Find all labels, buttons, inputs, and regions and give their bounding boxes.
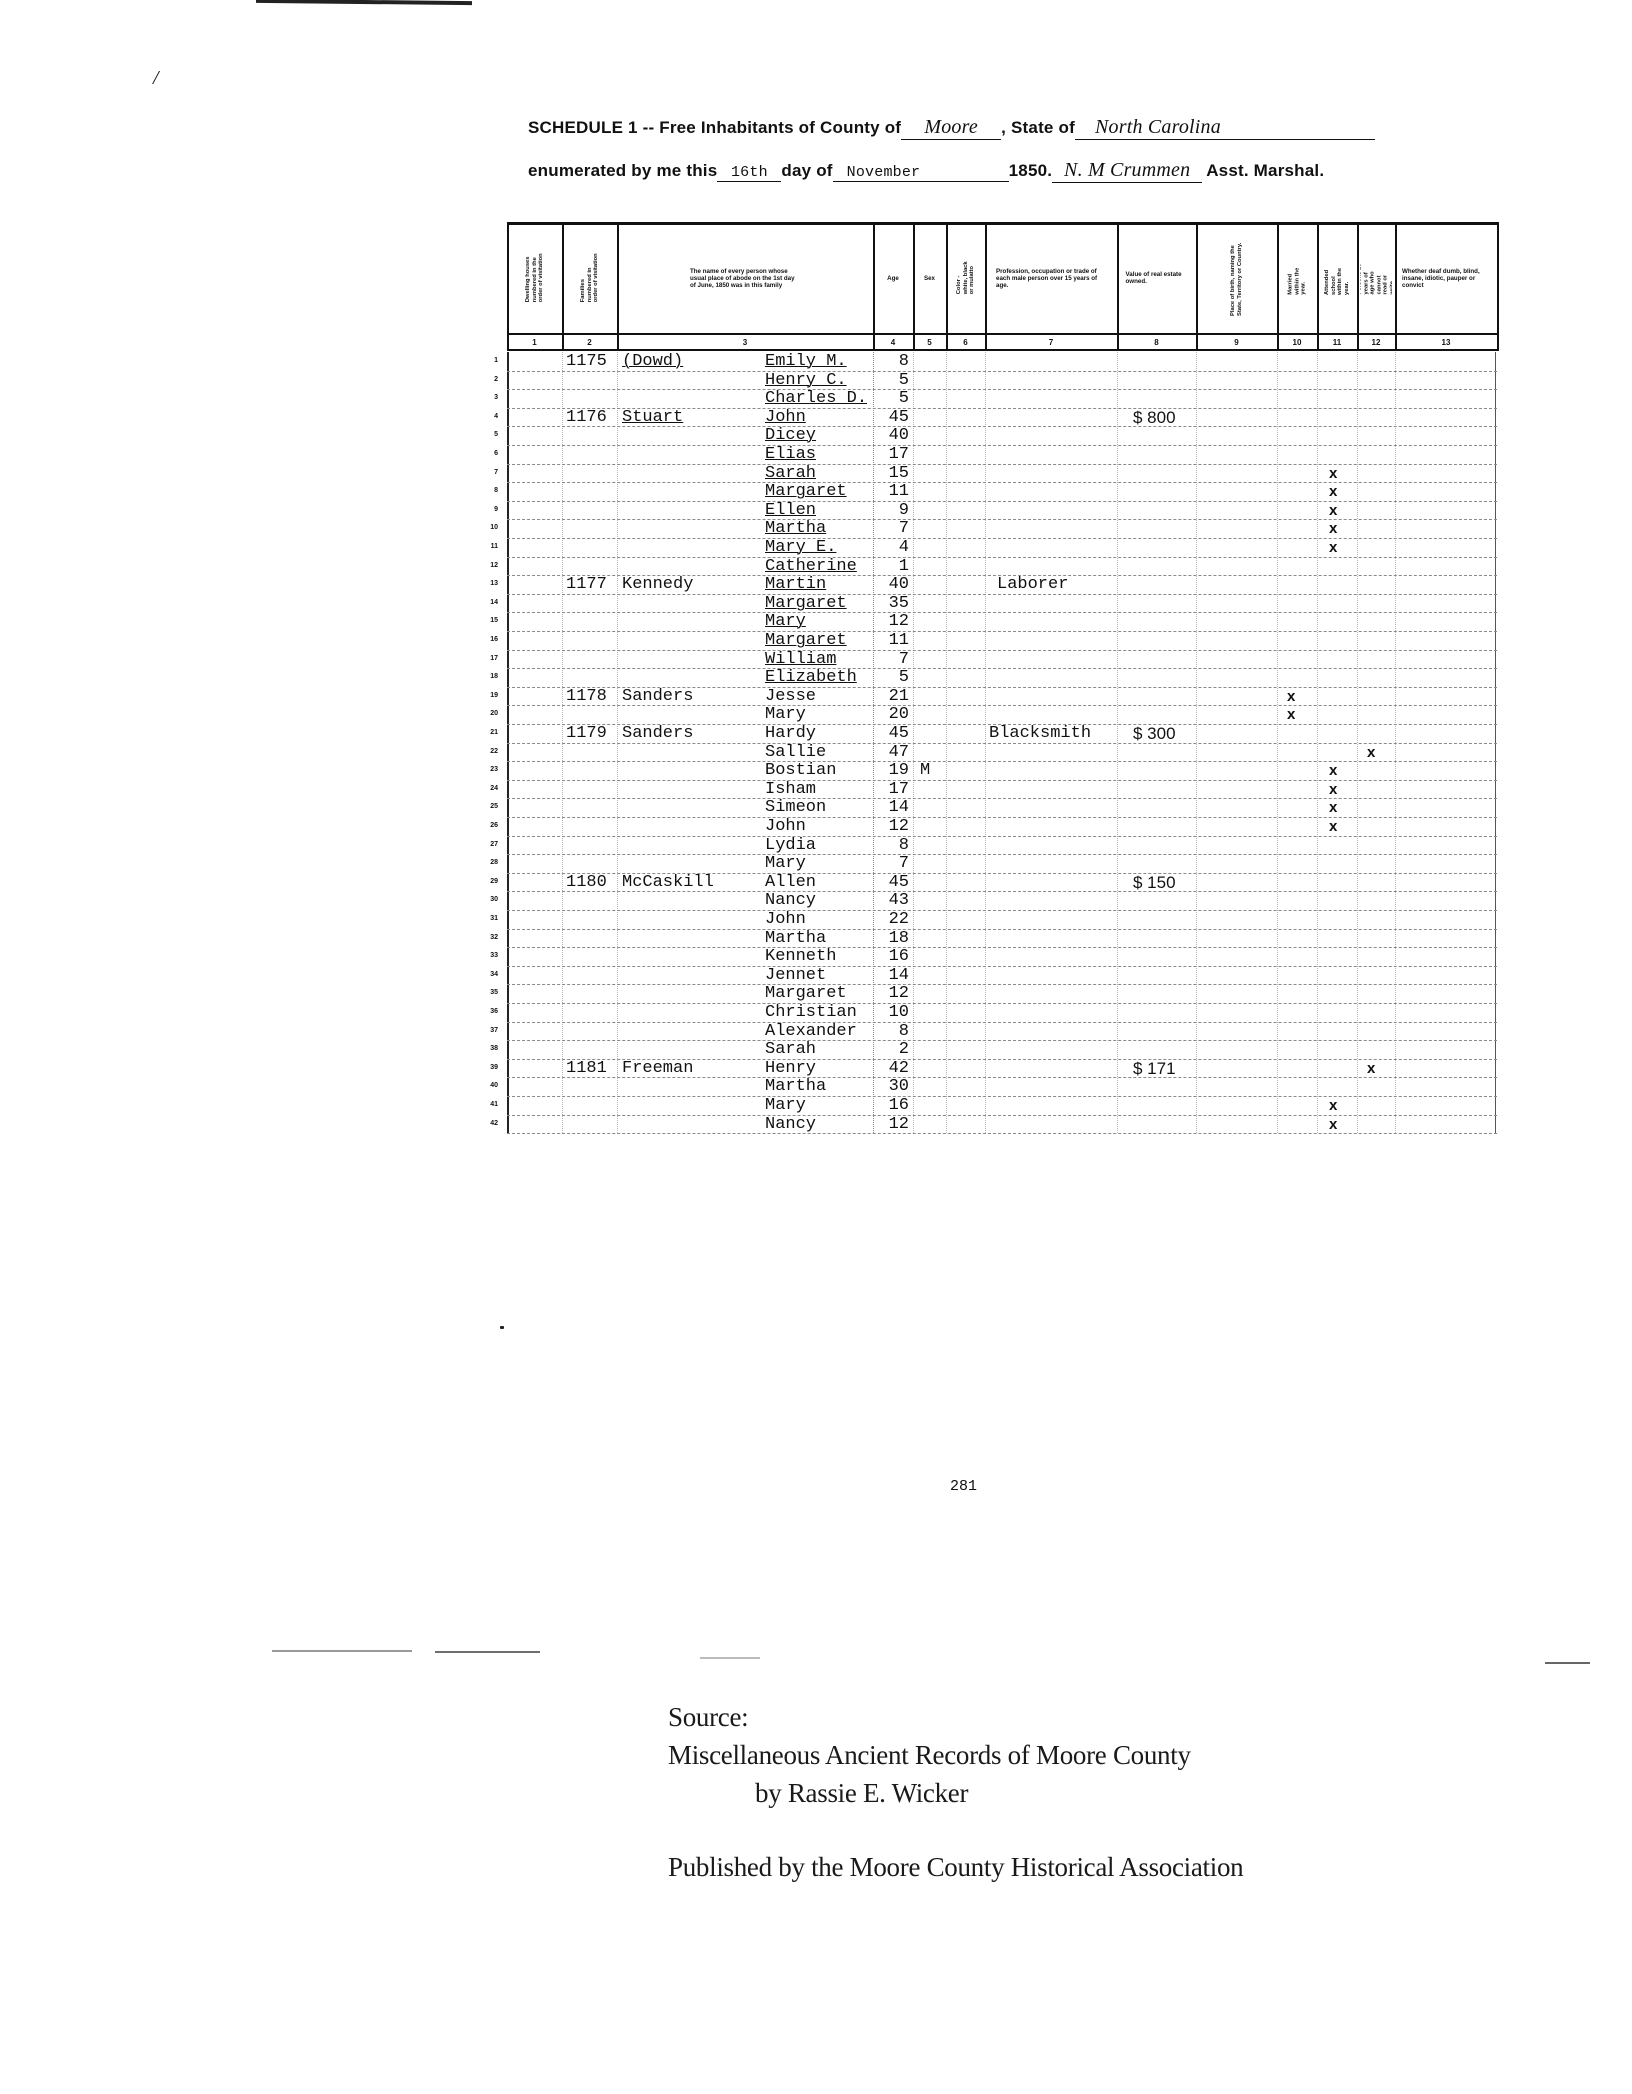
source-author: by Rassie E. Wicker (755, 1778, 968, 1809)
school-mark: x (1329, 483, 1337, 501)
family-number: 1176 (566, 409, 607, 427)
illiterate-mark: x (1367, 1060, 1375, 1078)
age: 43 (873, 892, 909, 910)
age: 1 (873, 558, 909, 576)
row-number: 22 (480, 748, 498, 755)
given-name: Sarah (765, 1041, 816, 1059)
row-rule (507, 984, 1497, 985)
school-mark: x (1329, 1097, 1337, 1115)
age: 8 (873, 837, 909, 855)
given-name: John (765, 911, 806, 929)
column-header-label: Age (887, 275, 899, 282)
row-number: 32 (480, 934, 498, 941)
age: 40 (873, 427, 909, 445)
county-field: Moore (901, 116, 1001, 140)
row-rule (507, 761, 1497, 762)
married-mark: x (1287, 706, 1295, 724)
age: 45 (873, 874, 909, 892)
row-rule (507, 631, 1497, 632)
given-name: Isham (765, 781, 816, 799)
row-number: 14 (480, 599, 498, 606)
row-rule (507, 1040, 1497, 1041)
row-number: 8 (480, 487, 498, 494)
given-name: John (765, 818, 806, 836)
row-rule (507, 966, 1497, 967)
given-name: Sarah (765, 465, 816, 483)
row-number: 26 (480, 822, 498, 829)
family-surname: McCaskill (622, 874, 714, 892)
age: 5 (873, 669, 909, 687)
age: 22 (873, 911, 909, 929)
row-rule (507, 650, 1497, 651)
column-divider (913, 222, 915, 351)
school-mark: x (1329, 799, 1337, 817)
source-publisher: Published by the Moore County Historical… (668, 1852, 1243, 1883)
given-name: Kenneth (765, 948, 836, 966)
age: 12 (873, 818, 909, 836)
column-divider (562, 222, 564, 351)
row-number: 3 (480, 394, 498, 401)
given-name: Margaret (765, 632, 847, 650)
given-name: Margaret (765, 595, 847, 613)
row-rule (507, 1115, 1497, 1116)
row-number: 42 (480, 1120, 498, 1127)
family-surname: Stuart (622, 409, 683, 427)
school-mark: x (1329, 502, 1337, 520)
age: 42 (873, 1060, 909, 1078)
family-surname: Kennedy (622, 576, 693, 594)
age: 10 (873, 1004, 909, 1022)
column-header-label: Families numbered in order of visitation (580, 254, 600, 303)
column-header-label: The name of every person whose usual pla… (690, 268, 800, 289)
given-name: Mary (765, 706, 806, 724)
occupation: Blacksmith (989, 725, 1091, 743)
column-header-13: Whether deaf dumb, blind, insane, idioti… (1398, 228, 1494, 328)
row-number: 13 (480, 580, 498, 587)
school-mark: x (1329, 762, 1337, 780)
column-number: 5 (913, 335, 946, 350)
given-name: Mary (765, 613, 806, 631)
row-number: 4 (480, 413, 498, 420)
school-mark: x (1329, 1116, 1337, 1134)
age: 16 (873, 1097, 909, 1115)
age: 11 (873, 483, 909, 501)
school-mark: x (1329, 465, 1337, 483)
given-name: Mary (765, 1097, 806, 1115)
given-name: Simeon (765, 799, 826, 817)
margin-mark: / (153, 67, 159, 90)
given-name: Jesse (765, 688, 816, 706)
row-rule (507, 501, 1497, 502)
family-number: 1179 (566, 725, 607, 743)
given-name: Sallie (765, 744, 826, 762)
row-number: 29 (480, 878, 498, 885)
row-number: 41 (480, 1101, 498, 1108)
given-name: William (765, 651, 836, 669)
column-header-2: Families numbered in order of visitation (565, 228, 614, 328)
age: 45 (873, 409, 909, 427)
age: 30 (873, 1078, 909, 1096)
row-number: 27 (480, 841, 498, 848)
scan-artifact-line (435, 1651, 540, 1653)
column-header-label: Dwelling houses numbered in the order of… (525, 254, 545, 303)
age: 12 (873, 985, 909, 1003)
age: 4 (873, 539, 909, 557)
age: 8 (873, 353, 909, 371)
age: 18 (873, 930, 909, 948)
column-number: 4 (873, 335, 913, 350)
family-number: 1177 (566, 576, 607, 594)
row-number: 28 (480, 859, 498, 866)
sex: M (920, 762, 930, 780)
given-name: Margaret (765, 483, 847, 501)
column-header-label: Whether deaf dumb, blind, insane, idioti… (1402, 268, 1490, 289)
column-number: 11 (1317, 335, 1357, 350)
row-rule (507, 464, 1497, 465)
column-header-1: Dwelling houses numbered in the order of… (510, 228, 559, 328)
row-rule (507, 557, 1497, 558)
age: 11 (873, 632, 909, 650)
given-name: Jennet (765, 967, 826, 985)
column-number: 2 (562, 335, 617, 350)
column-header-label: Attended school within the year. (1324, 261, 1350, 295)
row-rule (507, 1003, 1497, 1004)
row-number: 39 (480, 1064, 498, 1071)
family-number: 1180 (566, 874, 607, 892)
column-divider (617, 222, 619, 351)
given-name: Nancy (765, 1116, 816, 1134)
age: 7 (873, 520, 909, 538)
column-divider (873, 222, 875, 351)
schedule-header-line1: SCHEDULE 1 -- Free Inhabitants of County… (528, 116, 1375, 140)
row-number: 7 (480, 469, 498, 476)
column-divider (1357, 222, 1359, 351)
row-number: 24 (480, 785, 498, 792)
given-name: Charles D. (765, 390, 867, 408)
column-header-9: Place of birth, naming the State, Territ… (1199, 228, 1274, 328)
occupation: Laborer (997, 576, 1068, 594)
school-mark: x (1329, 818, 1337, 836)
column-number: 8 (1117, 335, 1196, 350)
row-number: 20 (480, 710, 498, 717)
given-name: Alexander (765, 1023, 857, 1041)
given-name: Hardy (765, 725, 816, 743)
real-estate-value: $ 150 (1133, 874, 1176, 892)
scan-artifact-line (272, 1650, 412, 1652)
schedule-title: SCHEDULE 1 -- Free Inhabitants of County… (528, 118, 901, 137)
given-name: Catherine (765, 558, 857, 576)
row-number: 6 (480, 450, 498, 457)
marshal-suffix: Asst. Marshal. (1206, 161, 1324, 180)
given-name: Elias (765, 446, 816, 464)
row-number: 40 (480, 1082, 498, 1089)
column-header-5: Sex (916, 228, 943, 328)
row-rule (507, 910, 1497, 911)
column-header-3: The name of every person whose usual pla… (620, 228, 870, 328)
scan-artifact-dot (500, 1326, 504, 1329)
scan-artifact-line (1545, 1662, 1590, 1664)
row-rule (507, 1133, 1497, 1134)
source-title: Miscellaneous Ancient Records of Moore C… (668, 1740, 1191, 1771)
given-name: Margaret (765, 985, 847, 1003)
age: 47 (873, 744, 909, 762)
age: 21 (873, 688, 909, 706)
census-table: Dwelling houses numbered in the order of… (507, 222, 1497, 1142)
column-header-label: Place of birth, naming the State, Territ… (1230, 241, 1243, 316)
row-number: 33 (480, 952, 498, 959)
column-divider (946, 222, 948, 351)
given-name: Bostian (765, 762, 836, 780)
row-rule (507, 668, 1497, 669)
age: 7 (873, 855, 909, 873)
column-header-label: Sex (924, 275, 935, 282)
row-rule (507, 854, 1497, 855)
row-rule (507, 836, 1497, 837)
row-rule (507, 445, 1497, 446)
married-mark: x (1287, 688, 1295, 706)
row-number: 23 (480, 766, 498, 773)
school-mark: x (1329, 520, 1337, 538)
column-header-4: Age (876, 228, 910, 328)
column-header-12: Persons 20 years of age who cannot read … (1360, 228, 1392, 328)
row-rule (507, 482, 1497, 483)
row-number: 19 (480, 692, 498, 699)
given-name: Mary E. (765, 539, 836, 557)
given-name: John (765, 409, 806, 427)
scan-artifact-line (700, 1657, 760, 1659)
column-divider (1277, 222, 1279, 351)
schedule-header-line2: enumerated by me this16thday ofNovember1… (528, 159, 1324, 183)
age: 17 (873, 781, 909, 799)
column-divider (1317, 222, 1319, 351)
given-name: Dicey (765, 427, 816, 445)
column-divider (1395, 222, 1397, 351)
row-number: 37 (480, 1027, 498, 1034)
real-estate-value: $ 800 (1133, 409, 1176, 427)
age: 15 (873, 465, 909, 483)
age: 17 (873, 446, 909, 464)
column-number: 6 (946, 335, 985, 350)
age: 14 (873, 967, 909, 985)
given-name: Henry C. (765, 372, 847, 390)
column-number: 9 (1196, 335, 1277, 350)
row-number: 36 (480, 1008, 498, 1015)
given-name: Elizabeth (765, 669, 857, 687)
row-number: 1 (480, 357, 498, 364)
state-field: North Carolina (1075, 116, 1375, 140)
row-number: 9 (480, 506, 498, 513)
row-rule (507, 947, 1497, 948)
row-rule (507, 798, 1497, 799)
row-rule (507, 612, 1497, 613)
row-rule (507, 1096, 1497, 1097)
row-number: 5 (480, 431, 498, 438)
age: 12 (873, 613, 909, 631)
row-number: 15 (480, 617, 498, 624)
family-surname: (Dowd) (622, 353, 683, 371)
row-rule (507, 538, 1497, 539)
row-number: 34 (480, 971, 498, 978)
age: 2 (873, 1041, 909, 1059)
page-number: 281 (950, 1478, 977, 1495)
row-rule (507, 389, 1497, 390)
given-name: Ellen (765, 502, 816, 520)
marshal-name-field: N. M Crummen (1052, 159, 1202, 183)
age: 14 (873, 799, 909, 817)
age: 16 (873, 948, 909, 966)
row-number: 30 (480, 896, 498, 903)
row-rule (507, 1022, 1497, 1023)
column-header-6: Color - white, black or mulatto (949, 228, 982, 328)
age: 12 (873, 1116, 909, 1134)
column-divider (1117, 222, 1119, 351)
column-header-11: Attended school within the year. (1320, 228, 1354, 328)
column-number: 12 (1357, 335, 1395, 350)
column-number: 13 (1395, 335, 1497, 350)
age: 8 (873, 1023, 909, 1041)
given-name: Nancy (765, 892, 816, 910)
state-label: , State of (1001, 118, 1075, 137)
row-rule (507, 519, 1497, 520)
given-name: Lydia (765, 837, 816, 855)
school-mark: x (1329, 781, 1337, 799)
age: 7 (873, 651, 909, 669)
given-name: Martha (765, 1078, 826, 1096)
source-label: Source: (668, 1702, 748, 1733)
row-rule (507, 817, 1497, 818)
family-number: 1181 (566, 1060, 607, 1078)
column-divider (1497, 222, 1499, 351)
given-name: Martin (765, 576, 826, 594)
column-divider (985, 222, 987, 351)
column-divider (507, 222, 509, 351)
given-name: Henry (765, 1060, 816, 1078)
day-field: 16th (717, 164, 781, 182)
row-number: 2 (480, 376, 498, 383)
column-header-label: Married within the year. (1287, 261, 1307, 295)
age: 5 (873, 390, 909, 408)
column-header-label: Profession, occupation or trade of each … (996, 268, 1106, 289)
family-number: 1178 (566, 688, 607, 706)
age: 45 (873, 725, 909, 743)
age: 20 (873, 706, 909, 724)
real-estate-value: $ 171 (1133, 1060, 1176, 1078)
illiterate-mark: x (1367, 744, 1375, 762)
column-divider (1196, 222, 1198, 351)
row-number: 18 (480, 673, 498, 680)
month-field: November (833, 164, 1009, 182)
column-number: 3 (617, 335, 873, 350)
row-number: 35 (480, 989, 498, 996)
column-header-label: Persons 20 years of age who cannot read … (1360, 262, 1392, 294)
age: 40 (873, 576, 909, 594)
row-number: 31 (480, 915, 498, 922)
given-name: Martha (765, 520, 826, 538)
row-number: 16 (480, 636, 498, 643)
scan-artifact-top-line (256, 0, 472, 5)
row-number: 12 (480, 562, 498, 569)
row-number: 10 (480, 524, 498, 531)
row-number: 21 (480, 729, 498, 736)
family-number: 1175 (566, 353, 607, 371)
age: 5 (873, 372, 909, 390)
column-number: 7 (985, 335, 1117, 350)
row-rule (507, 929, 1497, 930)
family-surname: Sanders (622, 725, 693, 743)
age: 19 (873, 762, 909, 780)
column-header-7: Profession, occupation or trade of each … (988, 228, 1114, 328)
given-name: Emily M. (765, 353, 847, 371)
column-header-label: Color - white, black or mulatto (956, 262, 976, 295)
row-number: 25 (480, 803, 498, 810)
row-number: 17 (480, 655, 498, 662)
family-surname: Sanders (622, 688, 693, 706)
age: 35 (873, 595, 909, 613)
given-name: Martha (765, 930, 826, 948)
family-surname: Freeman (622, 1060, 693, 1078)
row-number: 38 (480, 1045, 498, 1052)
day-of-label: day of (781, 161, 832, 180)
age: 9 (873, 502, 909, 520)
column-number: 1 (507, 335, 562, 350)
given-name: Mary (765, 855, 806, 873)
row-rule (507, 780, 1497, 781)
given-name: Allen (765, 874, 816, 892)
given-name: Christian (765, 1004, 857, 1022)
column-header-10: Married within the year. (1280, 228, 1314, 328)
column-number: 10 (1277, 335, 1317, 350)
enumerated-label: enumerated by me this (528, 161, 717, 180)
column-header-label: Value of real estate owned. (1126, 271, 1188, 285)
school-mark: x (1329, 539, 1337, 557)
year-label: 1850. (1009, 161, 1053, 180)
row-number: 11 (480, 543, 498, 550)
real-estate-value: $ 300 (1133, 725, 1176, 743)
column-header-8: Value of real estate owned. (1120, 228, 1193, 328)
